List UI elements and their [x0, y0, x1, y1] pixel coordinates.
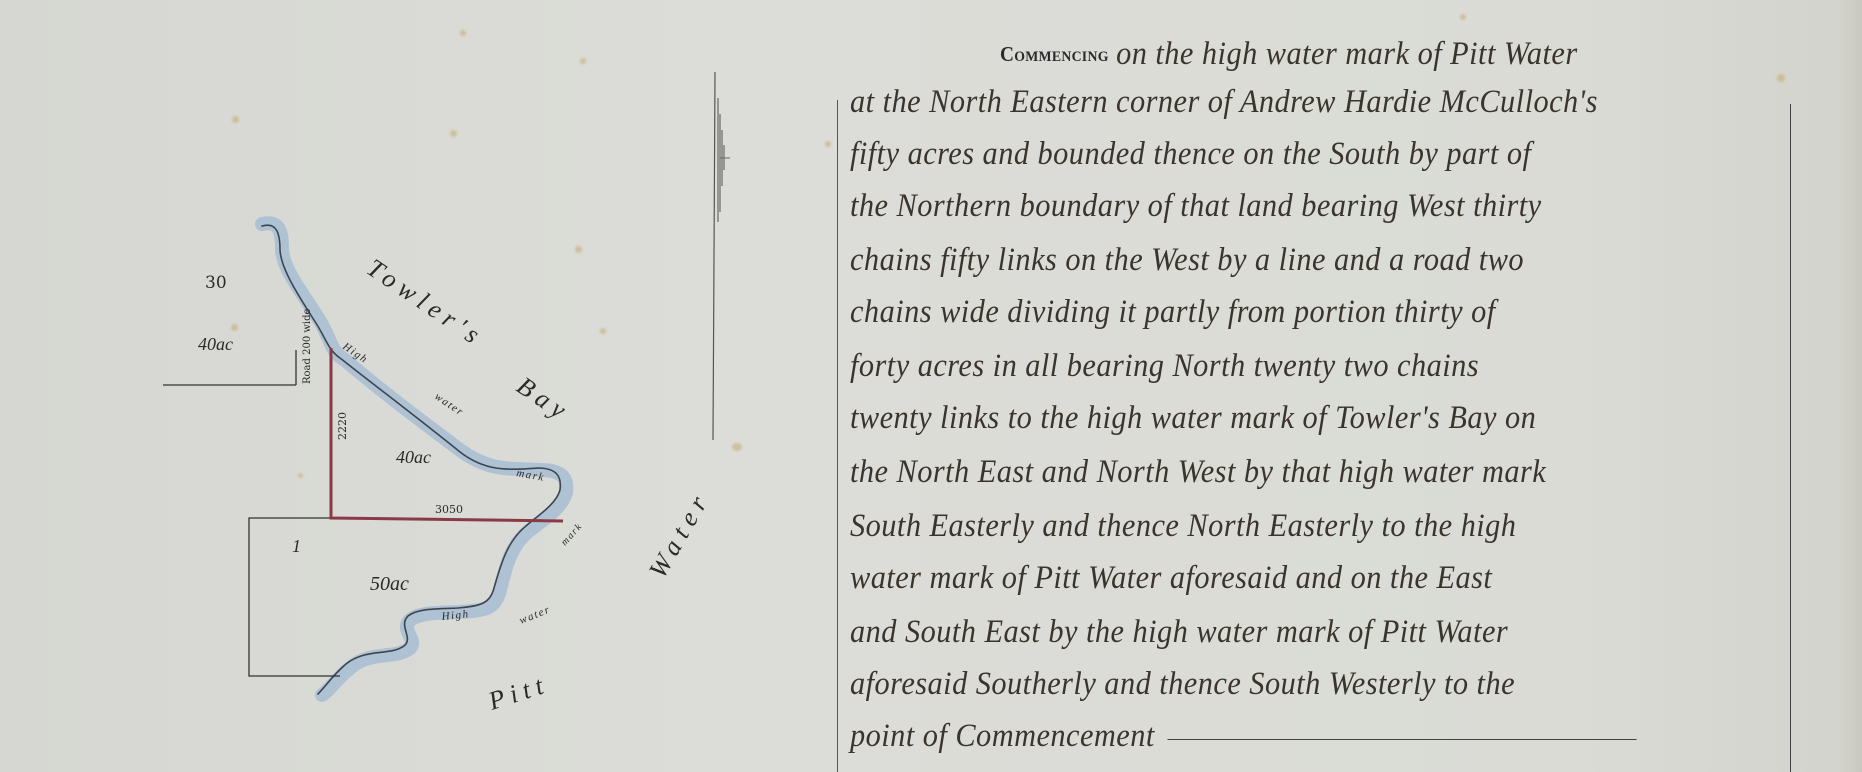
paper-stain	[1460, 14, 1466, 20]
water-label-towlers: Towler's	[362, 253, 490, 353]
description-box-left-rule	[837, 100, 838, 772]
description-line: chains wide dividing it partly from port…	[850, 294, 1496, 331]
description-line: Commencingon the high water mark of Pitt…	[1000, 36, 1578, 73]
description-line: South Easterly and thence North Easterly…	[850, 508, 1516, 545]
north-arrow-icon	[713, 72, 730, 440]
dimension-south: 3050	[435, 503, 463, 516]
water-label-water: Water	[643, 485, 716, 583]
description-text: on the high water mark of Pitt Water	[1116, 36, 1578, 72]
document-page: 30 40ac 40ac 1 50ac Road 200 wide 2220 3…	[0, 0, 1862, 772]
description-line: forty acres in all bearing North twenty …	[850, 348, 1479, 385]
portion-number-30: 30	[205, 273, 227, 293]
survey-map: 30 40ac 40ac 1 50ac Road 200 wide 2220 3…	[0, 0, 830, 772]
description-line: twenty links to the high water mark of T…	[850, 400, 1536, 437]
shore-label: High	[440, 608, 470, 623]
shore-label: water	[432, 391, 466, 419]
road-label: Road 200 wide	[302, 308, 313, 384]
water-label-pitt: Pitt	[484, 669, 552, 716]
description-line: water mark of Pitt Water aforesaid and o…	[850, 560, 1492, 597]
closing-rule	[1168, 739, 1637, 740]
description-heading: Commencing	[1000, 42, 1109, 66]
description-line: fifty acres and bounded thence on the So…	[850, 136, 1531, 173]
description-line: aforesaid Southerly and thence South Wes…	[850, 666, 1515, 703]
portion-area-30: 40ac	[198, 334, 233, 354]
portion-area-1: 50ac	[370, 573, 409, 595]
description-line: the Northern boundary of that land beari…	[850, 188, 1542, 225]
description-box-right-rule	[1790, 104, 1791, 772]
description-line: at the North Eastern corner of Andrew Ha…	[850, 84, 1598, 121]
portion-number-1: 1	[292, 536, 301, 556]
description-text: point of Commencement	[850, 718, 1155, 754]
description-line: point of Commencement	[850, 718, 1637, 755]
description-line: chains fifty links on the West by a line…	[850, 242, 1524, 279]
shore-label: water	[518, 603, 553, 626]
page-edge	[1838, 0, 1862, 772]
description-line: and South East by the high water mark of…	[850, 614, 1508, 651]
portion-area-subject: 40ac	[396, 447, 431, 467]
description-line: the North East and North West by that hi…	[850, 454, 1546, 491]
shore-label: mark	[559, 521, 585, 548]
water-label-bay: Bay	[512, 371, 577, 428]
paper-stain	[1777, 74, 1785, 82]
dimension-west: 2220	[336, 412, 349, 440]
